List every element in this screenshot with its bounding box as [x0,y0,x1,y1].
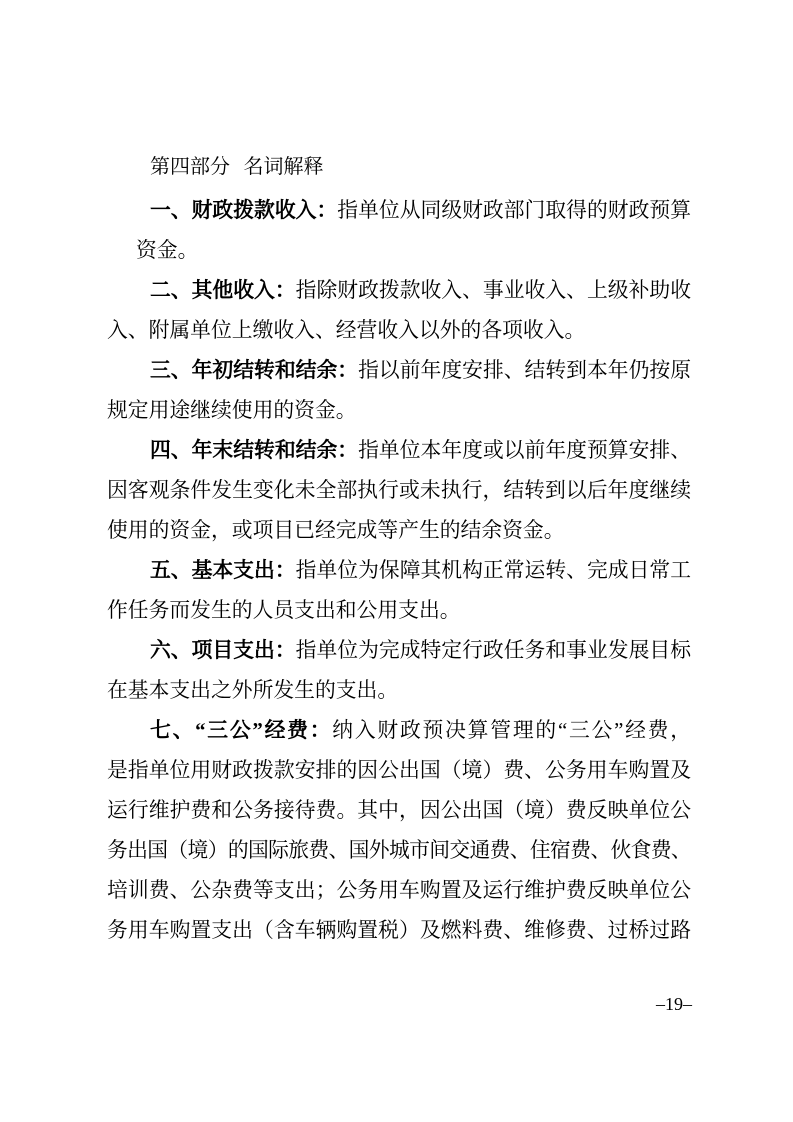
definition-term: 五、基本支出： [150,559,296,582]
definition-first-line: 一、财政拨款收入：指单位从同级财政部门取得的财政预算 [107,191,691,231]
definition-line: 入、附属单位上缴收入、经营收入以外的各项收入。 [107,311,691,351]
definition-item: 三、年初结转和结余：指以前年度安排、结转到本年仍按原 规定用途继续使用的资金。 [107,351,691,431]
definition-text: 指单位本年度或以前年度预算安排、 [358,439,691,462]
definition-item: 四、年末结转和结余：指单位本年度或以前年度预算安排、 因客观条件发生变化未全部执… [107,431,691,551]
definition-first-line: 七、“三公”经费：纳入财政预决算管理的“三公”经费， [107,711,691,751]
definition-first-line: 六、项目支出：指单位为完成特定行政任务和事业发展目标 [107,631,691,671]
definition-first-line: 二、其他收入：指除财政拨款收入、事业收入、上级补助收 [107,271,691,311]
definition-text: 纳入财政预决算管理的“三公”经费， [332,719,691,742]
definition-text: 指单位为完成特定行政任务和事业发展目标 [296,639,691,662]
definition-first-line: 三、年初结转和结余：指以前年度安排、结转到本年仍按原 [107,351,691,391]
definition-text: 指以前年度安排、结转到本年仍按原 [358,359,691,382]
definition-line: 资金。 [107,231,691,271]
definition-line: 在基本支出之外所发生的支出。 [107,671,691,711]
definition-line: 运行维护费和公务接待费。其中，因公出国（境）费反映单位公 [107,791,691,831]
definition-line: 规定用途继续使用的资金。 [107,391,691,431]
definition-line: 因客观条件发生变化未全部执行或未执行，结转到以后年度继续 [107,471,691,511]
definition-term: 六、项目支出： [150,639,296,662]
definition-text: 指除财政拨款收入、事业收入、上级补助收 [296,279,691,302]
definition-line: 作任务而发生的人员支出和公用支出。 [107,591,691,631]
definition-term: 一、财政拨款收入： [150,199,337,222]
document-page: 第四部分 名词解释 一、财政拨款收入：指单位从同级财政部门取得的财政预算 资金。… [0,0,793,1122]
definition-first-line: 四、年末结转和结余：指单位本年度或以前年度预算安排、 [107,431,691,471]
definition-line: 培训费、公杂费等支出；公务用车购置及运行维护费反映单位公 [107,871,691,911]
definition-line: 务用车购置支出（含车辆购置税）及燃料费、维修费、过桥过路 [107,911,691,951]
definition-term: 七、“三公”经费： [150,719,332,742]
definition-item: 五、基本支出：指单位为保障其机构正常运转、完成日常工 作任务而发生的人员支出和公… [107,551,691,631]
definition-text: 指单位为保障其机构正常运转、完成日常工 [296,559,691,582]
section-heading: 第四部分 名词解释 [150,147,324,187]
definition-item: 二、其他收入：指除财政拨款收入、事业收入、上级补助收 入、附属单位上缴收入、经营… [107,271,691,351]
page-number: –19– [656,994,692,1014]
definition-item: 七、“三公”经费：纳入财政预决算管理的“三公”经费， 是指单位用财政拨款安排的因… [107,711,691,951]
definition-line: 务出国（境）的国际旅费、国外城市间交通费、住宿费、伙食费、 [107,831,691,871]
definitions-list: 一、财政拨款收入：指单位从同级财政部门取得的财政预算 资金。 二、其他收入：指除… [107,191,691,951]
definition-term: 三、年初结转和结余： [150,359,358,382]
definition-line: 使用的资金，或项目已经完成等产生的结余资金。 [107,511,691,551]
definition-text: 指单位从同级财政部门取得的财政预算 [337,199,691,222]
definition-term: 二、其他收入： [150,279,296,302]
definition-item: 六、项目支出：指单位为完成特定行政任务和事业发展目标 在基本支出之外所发生的支出… [107,631,691,711]
definition-item: 一、财政拨款收入：指单位从同级财政部门取得的财政预算 资金。 [107,191,691,271]
definition-first-line: 五、基本支出：指单位为保障其机构正常运转、完成日常工 [107,551,691,591]
definition-term: 四、年末结转和结余： [150,439,358,462]
definition-line: 是指单位用财政拨款安排的因公出国（境）费、公务用车购置及 [107,751,691,791]
